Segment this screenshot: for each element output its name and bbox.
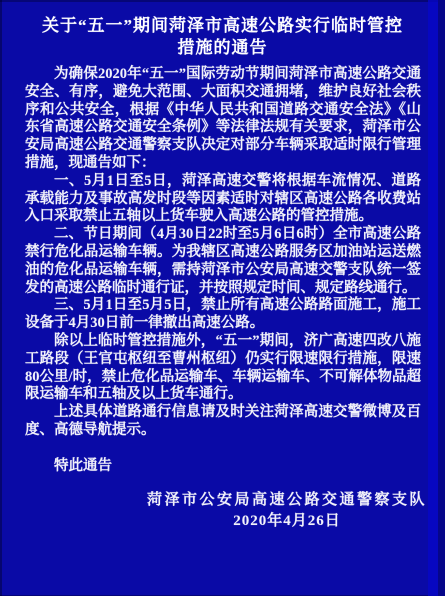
notice-page: 关于“五一”期间菏泽市高速公路实行临时管控 措施的通告 为确保2020年“五一”… [0,0,445,596]
notice-paragraph: 三、5月1日至5月5日，禁止所有高速公路路面施工，施工设备于4月30日前一律撤出… [25,297,421,333]
signature-org: 菏泽市公安局高速公路交通警察支队 [147,490,427,512]
notice-title-line1: 关于“五一”期间菏泽市高速公路实行临时管控 [30,15,415,37]
closing-phrase: 特此通告 [0,457,445,475]
notice-paragraph: 一、5月1日至5日，菏泽高速交警将根据车流情况、道路承载能力及事故高发时段等因素… [25,173,421,226]
signature-block: 菏泽市公安局高速公路交通警察支队 2020年4月26日 [147,490,427,533]
notice-paragraph: 上述具体道路通行信息请及时关注菏泽高速交警微博及百度、高德导航提示。 [25,404,421,440]
notice-paragraph: 二、节日期间（4月30日22时至5月6日6时）全市高速公路禁行危化品运输车辆。为… [25,226,421,297]
notice-paragraph: 除以上临时管控措施外，“五一”期间，济广高速四改八施工路段（王官屯枢纽至曹州枢纽… [25,333,421,404]
notice-title: 关于“五一”期间菏泽市高速公路实行临时管控 措施的通告 [0,0,445,59]
notice-title-line2: 措施的通告 [30,37,415,59]
notice-body: 为确保2020年“五一”国际劳动节期间菏泽市高速公路交通安全、有序，避免大范围、… [0,66,445,440]
signature-date: 2020年4月26日 [147,511,427,533]
notice-paragraph: 为确保2020年“五一”国际劳动节期间菏泽市高速公路交通安全、有序，避免大范围、… [25,66,421,173]
